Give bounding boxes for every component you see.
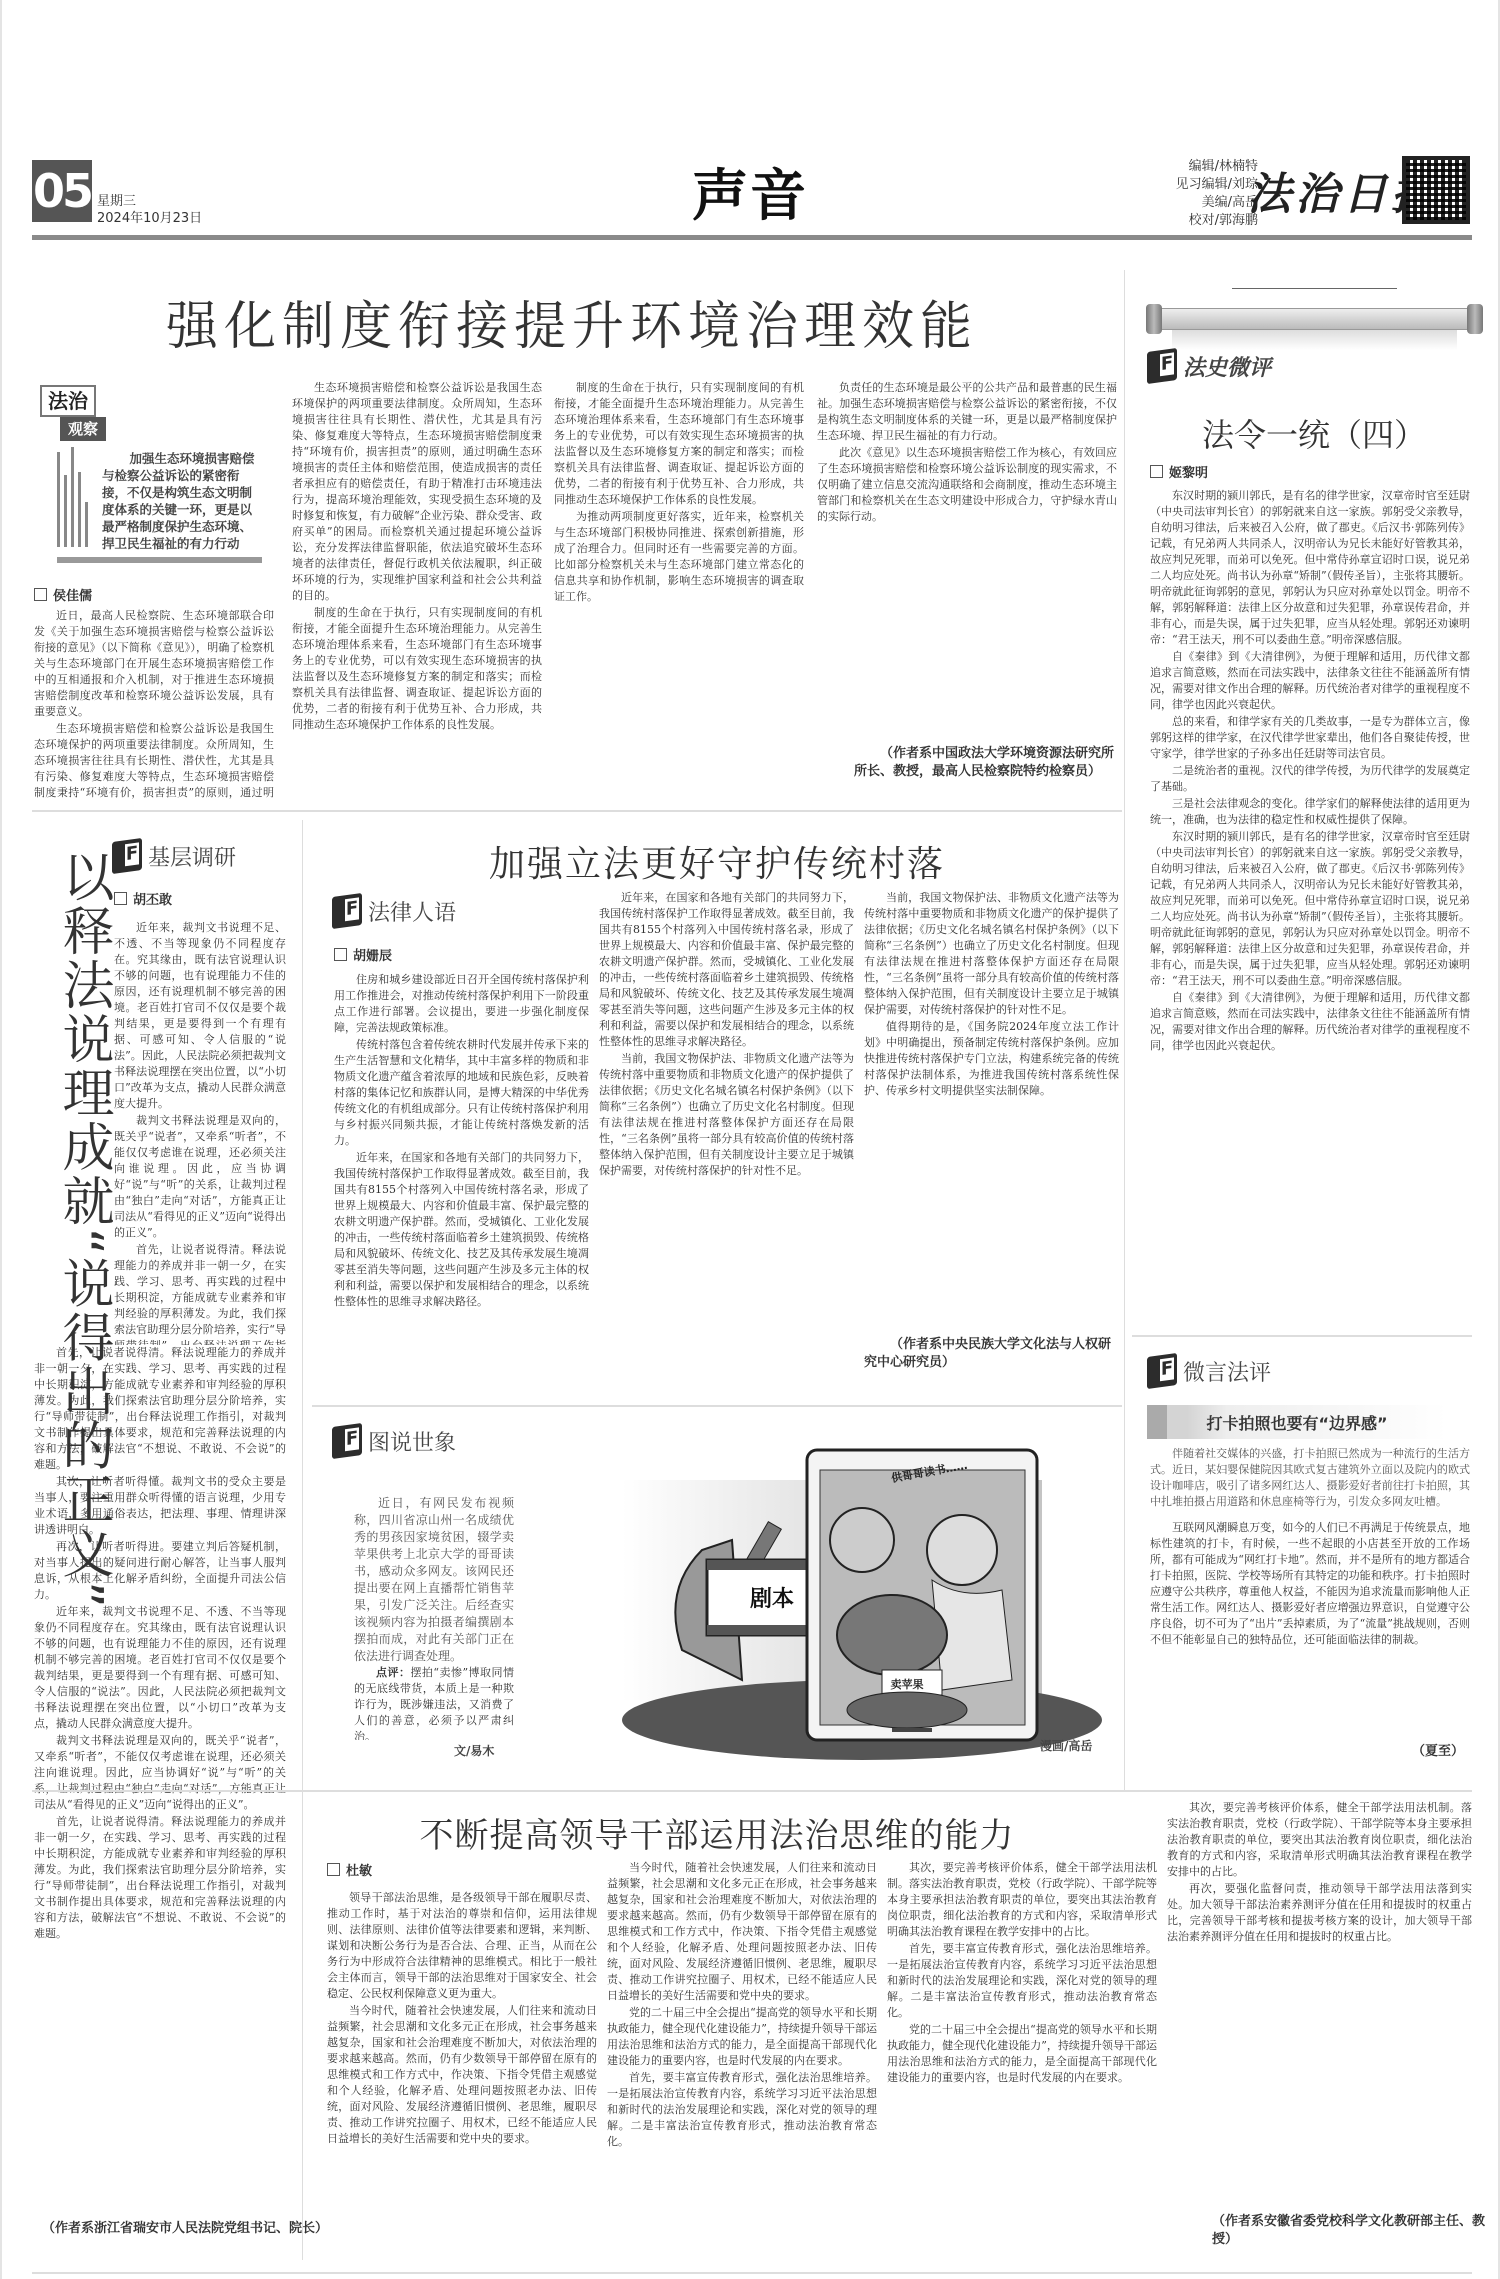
paragraph: 近日，最高人民检察院、生态环境部联合印发《关于加强生态环境损害赔偿与检察公益诉讼… [34,608,274,720]
clapper-label: 剧本 [750,1586,794,1612]
cartoon-illustration: 剧本 卖苹果 供哥哥读书…… [562,1420,1102,1760]
paragraph: 裁判文书释法说理是双向的，既关乎“说者”，又牵系“听者”，不能仅仅考虑谁在说理，… [114,1113,286,1241]
paragraph: 党的二十届三中全会提出“提高党的领导水平和长期执政能力，健全现代化建设能力”，持… [607,2005,877,2069]
paragraph: 领导干部法治思维，是各级领导干部在履职尽责、推动工作时，基于对法治的尊崇和信仰，… [327,1890,597,2002]
article7-author: 杜敏 [327,1860,372,1879]
column-label: 法史微评 [1183,351,1271,382]
paragraph: 首先，让说者说得清。释法说理能力的养成并非一朝一夕，在实践、学习、思考、再实践的… [114,1242,286,1345]
article7-col4: 其次，要完善考核评价体系，健全干部学法用法机制。落实法治教育职责，党校（行政学院… [1167,1800,1472,2195]
f-cube-icon [112,838,142,874]
article7-attribution: （作者系安徽省委党校科学文化教研部主任、教授） [1212,2213,1498,2249]
article4-attribution: （作者系中央民族大学文化法与人权研究中心研究员） [864,1336,1119,1372]
column-logo-fazhi: 法治 [40,385,96,417]
paragraph: 负责任的生态环境是最公平的公共产品和最普惠的民生福祉。加强生态环境损害赔偿与检察… [817,380,1117,444]
paragraph: 制度的生命在于执行，只有实现制度间的有机衔接，才能全面提升生态环境治理能力。从完… [554,380,804,508]
paragraph: 首先，要丰富宣传教育形式，强化法治思维培养。一是拓展法治宣传教育内容，系统学习习… [887,1941,1157,2021]
paragraph: 当今时代，随着社会快速发展，人们往来和流动日益频繁，社会思潮和文化多元正在形成，… [327,2003,597,2147]
paragraph: 其次，要完善考核评价体系，健全干部学法用法机制。落实法治教育职责，党校（行政学院… [887,1860,1157,1940]
cartoon-svg: 剧本 卖苹果 供哥哥读书…… [562,1420,1102,1760]
editor-line: 见习编辑/刘琮 [1176,176,1258,194]
article3-attribution: （作者系浙江省瑞安市人民法院党组书记、院长） [42,2220,328,2238]
article6-attribution: （夏至） [1412,1743,1464,1761]
article1-headline: 强化制度衔接提升环境治理效能 [62,284,1082,359]
article2-body: 东汉时期的颍川郭氏，是有名的律学世家，汉章帝时官至廷尉（中央司法审判长官）的郭躬… [1150,488,1470,1328]
column-tag-weiyan: 微言法评 [1147,1355,1271,1387]
paragraph: 近年来，裁判文书说理不足、不透、不当等现象仍不同程度存在。究其缘由，既有法官说理… [114,920,286,1112]
paragraph: 为推动两项制度更好落实，近年来，检察机关与生态环境部门积极协同推进、探索创新措施… [554,509,804,605]
divider [1132,1335,1472,1337]
f-cube-icon [332,893,362,929]
divider [32,1790,1472,1792]
article1-author: 侯佳儒 [34,585,92,604]
column-label: 微言法评 [1183,1356,1271,1387]
paragraph: 近年来，在国家和各地有关部门的共同努力下，我国传统村落保护工作取得显著成效。截至… [334,1150,589,1310]
paragraph: 近年来，裁判文书说理不足、不透、不当等现象仍不同程度存在。究其缘由，既有法官说理… [34,1604,286,1732]
article3-col2: 首先，让说者说得清。释法说理能力的养成并非一朝一夕，在实践、学习、思考、再实践的… [34,1345,286,2205]
article1-col4: 负责任的生态环境是最公平的公共产品和最普惠的民生福祉。加强生态环境损害赔偿与检察… [817,380,1117,745]
article4-col2: 近年来，在国家和各地有关部门的共同努力下，我国传统村落保护工作取得显著成效。截至… [599,890,854,1382]
paragraph: 生态环境损害赔偿和检察公益诉讼是我国生态环境保护的两项重要法律制度。众所周知，生… [34,721,274,800]
column-tag-jiceng: 基层调研 [112,840,236,872]
article5-comment: 点评：摆拍“卖惨”博取同情的无底线带货，本质上是一种欺诈行为，既涉嫌违法，又消费… [354,1665,514,1740]
scroll-ornament-icon [1152,288,1477,348]
f-cube-icon [1147,1353,1177,1389]
editor-line: 美编/高岳 [1176,194,1258,212]
article1-col2: 生态环境损害赔偿和检察公益诉讼是我国生态环境保护的两项重要法律制度。众所周知，生… [292,380,542,800]
column-logo-guancha: 观察 [60,417,106,441]
editor-line: 编辑/林楠特 [1176,158,1258,176]
issue-date: 2024年10月23日 [97,207,202,226]
article4-col3: 当前，我国文物保护法、非物质文化遗产法等为传统村落中重要物质和非物质文化遗产的保… [864,890,1119,1320]
column-tag-tushuo: 图说世象 [332,1425,456,1457]
paragraph: 当前，我国文物保护法、非物质文化遗产法等为传统村落中重要物质和非物质文化遗产的保… [864,890,1119,1018]
article5-author: 文/易木 [454,1742,494,1759]
newspaper-page: 05 星期三 2024年10月23日 声音 编辑/林楠特 见习编辑/刘琮 美编/… [0,0,1500,2279]
article7-headline: 不断提高领导干部运用法治思维的能力 [312,1808,1122,1857]
comment-label: 点评： [376,1666,410,1679]
editor-credits: 编辑/林楠特 见习编辑/刘琮 美编/高岳 校对/郭海鹏 [1176,158,1258,230]
article7-col3: 其次，要完善考核评价体系，健全干部学法用法机制。落实法治教育职责，党校（行政学院… [887,1860,1157,2260]
bottom-divider [32,2272,1472,2274]
paragraph: 再次，要强化监督问责，推动领导干部学法用法落到实处。加大领导干部法治素养测评分值… [1167,1881,1472,1945]
f-cube-icon [1147,348,1177,384]
paragraph: 二是统治者的重视。汉代的律学传授，为历代律学的发展奠定了基础。 [1150,763,1470,795]
article6-headline: 打卡拍照也要有“边界感” [1147,1405,1447,1439]
paragraph: 其次，要完善考核评价体系，健全干部学法用法机制。落实法治教育职责，党校（行政学院… [1167,1800,1472,1880]
article7-col1: 领导干部法治思维，是各级领导干部在履职尽责、推动工作时，基于对法治的尊崇和信仰，… [327,1890,597,2260]
article1-lede: 加强生态环境损害赔偿与检察公益诉讼的紧密衔接，不仅是构筑生态文明制度体系的关键一… [102,450,257,552]
paragraph: 生态环境损害赔偿和检察公益诉讼是我国生态环境保护的两项重要法律制度。众所周知，生… [292,380,542,604]
paragraph: 当前，我国文物保护法、非物质文化遗产法等为传统村落中重要物质和非物质文化遗产的保… [599,1051,854,1179]
column-tag-fashi: 法史微评 [1147,350,1271,382]
article3-col1: 近年来，裁判文书说理不足、不透、不当等现象仍不同程度存在。究其缘由，既有法官说理… [114,920,286,1345]
paragraph: 其次，让听者听得懂。裁判文书的受众主要是当事人，要注重用群众听得懂的语言说理，少… [34,1474,286,1538]
column-label: 法律人语 [368,896,456,927]
paragraph: 三是社会法律观念的变化。律学家们的解释使法律的适用更为统一，准确，也为法律的稳定… [1150,796,1470,828]
qr-code-icon[interactable] [1402,156,1470,224]
article1-attribution: （作者系中国政法大学环境资源法研究所所长、教授，最高人民检察院特约检察员） [854,745,1119,781]
paragraph: 制度的生命在于执行，只有实现制度间的有机衔接，才能全面提升生态环境治理能力。从完… [292,605,542,733]
paragraph: 党的二十届三中全会提出“提高党的领导水平和长期执政能力，健全现代化建设能力”，持… [887,2022,1157,2086]
paragraph: 自《秦律》到《大清律例》，为便于理解和适用，历代律文都追求言简意赅，然而在司法实… [1150,649,1470,713]
article1-col1: 近日，最高人民检察院、生态环境部联合印发《关于加强生态环境损害赔偿与检察公益诉讼… [34,608,274,800]
paragraph: 自《秦律》到《大清律例》，为便于理解和适用，历代律文都追求言简意赅，然而在司法实… [1150,990,1470,1054]
page-number: 05 [32,160,92,222]
paragraph: 再次，让听者听得进。要建立判后答疑机制，对当事人提出的疑问进行耐心解答，让当事人… [34,1539,286,1603]
paragraph: 互联网风潮瞬息万变，如今的人们已不再满足于传统景点，地标性建筑的打卡，有时候，一… [1150,1520,1470,1648]
paragraph: 首先，要丰富宣传教育形式，强化法治思维培养。一是拓展法治宣传教育内容，系统学习习… [607,2070,877,2150]
editor-line: 校对/郭海鹏 [1176,212,1258,230]
section-title: 声音 [692,152,808,232]
article3-author: 胡丕敢 [114,889,172,908]
column-tag-falv: 法律人语 [332,895,456,927]
paragraph: 伴随着社交媒体的兴盛，打卡拍照已然成为一种流行的生活方式。近日，某妇婴保健院因其… [1150,1446,1470,1510]
divider [302,820,303,2260]
article6-body: 互联网风潮瞬息万变，如今的人们已不再满足于传统景点，地标性建筑的打卡，有时候，一… [1150,1520,1470,1742]
apple-sign-label: 卖苹果 [891,1677,924,1691]
article5-body: 近日，有网民发布视频称，四川省凉山州一名成绩优秀的男孩因家境贫困，辍学卖苹果供考… [354,1495,514,1665]
column-label: 基层调研 [148,841,236,872]
article4-author: 胡姗辰 [334,945,392,964]
masthead-divider [32,235,1472,240]
paragraph: 当今时代，随着社会快速发展，人们往来和流动日益频繁，社会思潮和文化多元正在形成，… [607,1860,877,2004]
paragraph: 此次《意见》以生态环境损害赔偿工作为核心，有效回应了生态环境损害赔偿和检察环境公… [817,445,1117,525]
divider [1124,270,1125,1790]
paragraph: 东汉时期的颍川郭氏，是有名的律学世家，汉章帝时官至廷尉（中央司法审判长官）的郭躬… [1150,829,1470,989]
article7-col2: 当今时代，随着社会快速发展，人们往来和流动日益频繁，社会思潮和文化多元正在形成，… [607,1860,877,2260]
paragraph: 值得期待的是，《国务院2024年度立法工作计划》中明确提出，预备制定传统村落保护… [864,1019,1119,1099]
article1-col3: 制度的生命在于执行，只有实现制度间的有机衔接，才能全面提升生态环境治理能力。从完… [554,380,804,800]
divider [32,810,1122,812]
paragraph: 首先，让说者说得清。释法说理能力的养成并非一朝一夕，在实践、学习、思考、再实践的… [34,1345,286,1473]
article2-headline: 法令一统（四） [1202,410,1426,456]
column-label: 图说世象 [368,1426,456,1457]
paragraph: 传统村落包含着传统农耕时代发展并传承下来的生产生活智慧和文化精华，其中丰富多样的… [334,1037,589,1149]
paragraph: 住房和城乡建设部近日召开全国传统村落保护利用工作推进会，对推动传统村落保护利用下… [334,972,589,1036]
article4-headline: 加强立法更好守护传统村落 [312,836,1122,887]
decorative-bars-icon [57,447,92,547]
article6-lede: 伴随着社交媒体的兴盛，打卡拍照已然成为一种流行的生活方式。近日，某妇婴保健院因其… [1150,1446,1470,1510]
article4-col1: 住房和城乡建设部近日召开全国传统村落保护利用工作推进会，对推动传统村落保护利用下… [334,972,589,1382]
paragraph: 总的来看，和律学家有关的几类故事，一是专为群体立言，像郭躬这样的律学家，在汉代律… [1150,714,1470,762]
paragraph: 东汉时期的颍川郭氏，是有名的律学世家，汉章帝时官至廷尉（中央司法审判长官）的郭躬… [1150,488,1470,648]
paragraph: 首先，让说者说得清。释法说理能力的养成并非一朝一夕，在实践、学习、思考、再实践的… [34,1814,286,1942]
cartoon-credit: 漫画/高岳 [1040,1737,1092,1754]
article2-author: 姬黎明 [1150,462,1208,481]
paragraph: 近年来，在国家和各地有关部门的共同努力下，我国传统村落保护工作取得显著成效。截至… [599,890,854,1050]
paragraph: 裁判文书释法说理是双向的，既关乎“说者”，又牵系“听者”，不能仅仅考虑谁在说理，… [34,1733,286,1813]
lede-underbar [57,557,262,563]
divider [312,1405,1122,1407]
f-cube-icon [332,1423,362,1459]
